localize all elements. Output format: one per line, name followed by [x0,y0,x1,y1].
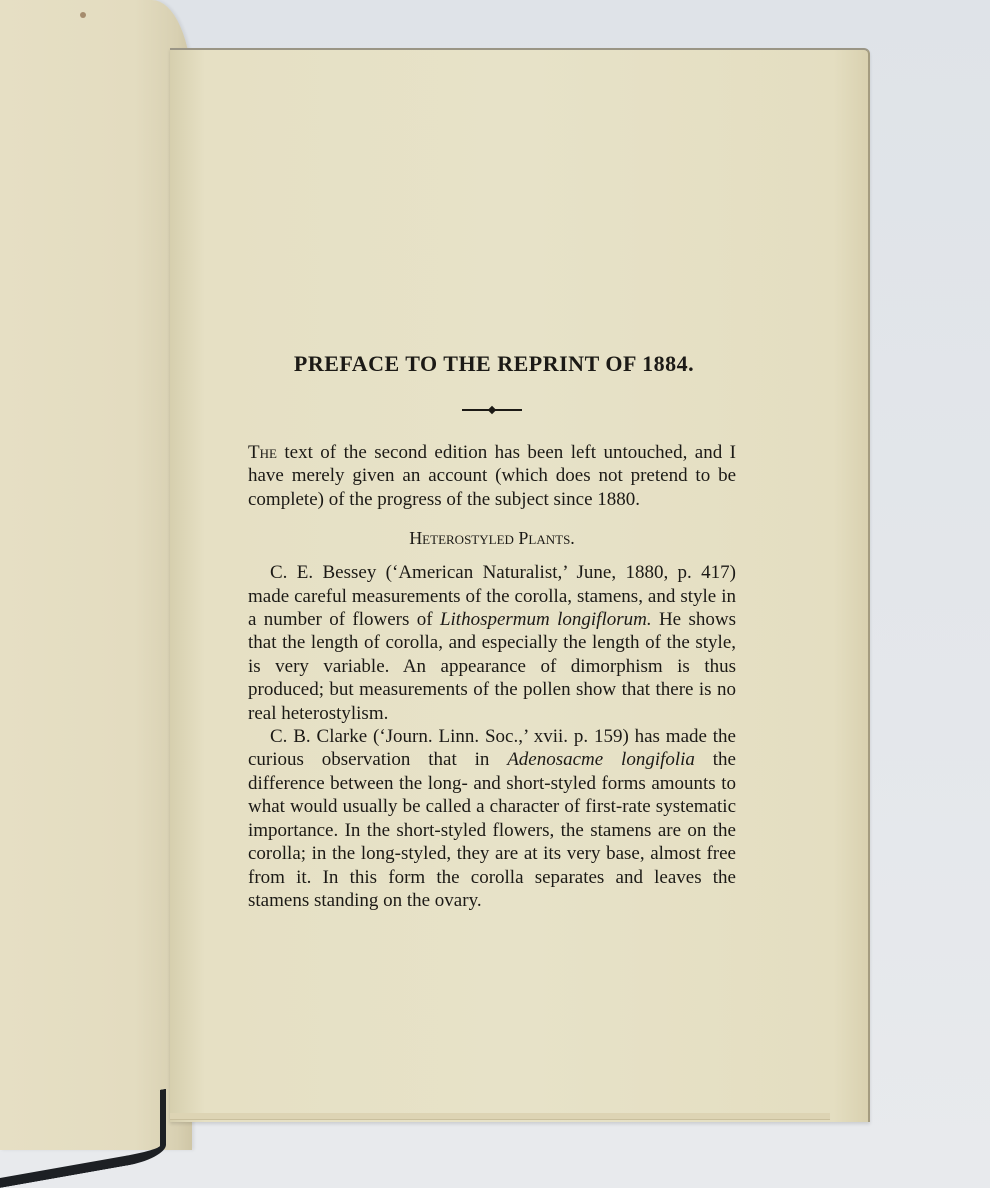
foxing-spot [80,12,86,18]
paragraph-text: the difference between the long- and sho… [248,749,736,910]
page-title: PREFACE TO THE REPRINT OF 1884. [248,345,736,383]
species-name: Adenosacme longifolia [507,749,695,770]
section-heading: Heterostyled Plants. [248,527,736,549]
intro-paragraph: The text of the second edition has been … [248,441,736,511]
intro-text: text of the second edition has been left… [248,442,736,510]
ornamental-rule [462,409,522,411]
page-bottom-edge [170,1113,830,1120]
intro-lead-word: The [248,442,277,463]
paragraph-bessey: C. E. Bessey (‘American Naturalist,’ Jun… [248,561,736,725]
page-content: PREFACE TO THE REPRINT OF 1884. The text… [248,345,736,912]
left-page [0,0,192,1150]
paragraph-clarke: C. B. Clarke (‘Journ. Linn. Soc.,’ xvii.… [248,725,736,912]
species-name: Lithospermum longiflorum. [440,609,652,630]
